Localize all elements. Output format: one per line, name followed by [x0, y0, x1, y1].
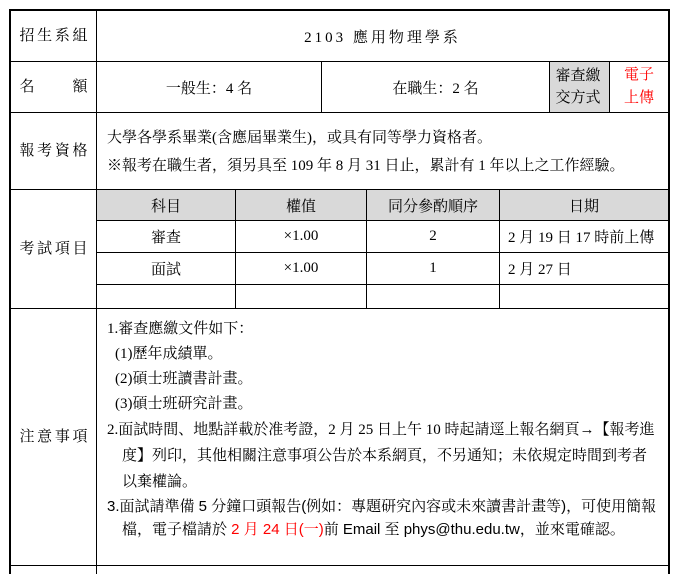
row-truncated	[11, 566, 668, 574]
note-item1-head: 1.審查應繳文件如下：	[107, 317, 660, 342]
truncated-label-cell	[11, 566, 97, 574]
exam-cell-empty	[97, 285, 236, 308]
submission-method-label: 審查繳交方式	[556, 65, 604, 109]
note-item3-suffix: 前 Email 至 phys@thu.edu.tw，並來電確認。	[324, 521, 625, 538]
eligibility-line2: ※報考在職生者，須另具至 109 年 8 月 31 日止，累計有 1 年以上之工…	[107, 152, 660, 180]
quota-general-cell: 一般生：4 名	[97, 62, 322, 112]
exam-cell-empty	[236, 285, 367, 308]
row-quota: 名額 一般生：4 名 在職生：2 名 審查繳交方式 電子上傳	[11, 62, 668, 113]
submission-method-label-cell: 審查繳交方式	[550, 62, 610, 112]
note-item1-sub1: (1)歷年成績單。	[107, 342, 660, 367]
exam-cell-tiebreak: 1	[367, 253, 500, 285]
note-item1-sub2: (2)碩士班讀書計畫。	[107, 367, 660, 392]
exam-cell-weight: ×1.00	[236, 253, 367, 285]
truncated-content-cell	[97, 566, 668, 574]
exam-cell-empty	[500, 285, 668, 308]
row-exam: 考試項目 科目 權值 同分參酌順序 日期 審查 ×1.00 2 2 月 19 日…	[11, 190, 668, 309]
submission-method-value: 電子上傳	[623, 64, 655, 110]
admission-document-page: { "palette": { "gray_bg": "#d9d9d9", "re…	[0, 0, 678, 574]
exam-header-tiebreak: 同分參酌順序	[367, 190, 500, 221]
eligibility-label: 報考資格	[20, 141, 88, 161]
exam-cell-weight: ×1.00	[236, 221, 367, 253]
eligibility-content: 大學各學系畢業(含應屆畢業生)，或具有同等學力資格者。 ※報考在職生者，須另具至…	[97, 113, 668, 189]
note-item3: 3.面試請準備 5 分鐘口頭報告(例如：專題研究內容或未來讀書計畫等)，可使用簡…	[107, 495, 660, 541]
row-eligibility: 報考資格 大學各學系畢業(含應屆畢業生)，或具有同等學力資格者。 ※報考在職生者…	[11, 113, 668, 190]
exam-cell-empty	[367, 285, 500, 308]
row-department: 招生系組 2103 應用物理學系	[11, 11, 668, 62]
department-label: 招生系組	[20, 26, 88, 46]
admission-table: 招生系組 2103 應用物理學系 名額 一般生：4 名 在職生：2 名 審查繳交…	[9, 9, 670, 574]
quota-inservice-cell: 在職生：2 名	[322, 62, 550, 112]
exam-header-date: 日期	[500, 190, 668, 221]
notes-label-cell: 注意事項	[11, 309, 97, 565]
notes-label: 注意事項	[20, 427, 88, 447]
department-label-cell: 招生系組	[11, 11, 97, 61]
row-notes: 注意事項 1.審查應繳文件如下： (1)歷年成績單。 (2)碩士班讀書計畫。 (…	[11, 309, 668, 566]
exam-cell-subject: 面試	[97, 253, 236, 285]
exam-cell-tiebreak: 2	[367, 221, 500, 253]
exam-label-cell: 考試項目	[11, 190, 97, 308]
exam-header-weight: 權值	[236, 190, 367, 221]
quota-label-cell: 名額	[11, 62, 97, 112]
exam-cell-subject: 審查	[97, 221, 236, 253]
exam-header-subject: 科目	[97, 190, 236, 221]
eligibility-line1: 大學各學系畢業(含應屆畢業生)，或具有同等學力資格者。	[107, 124, 660, 152]
notes-content: 1.審查應繳文件如下： (1)歷年成績單。 (2)碩士班讀書計畫。 (3)碩士班…	[97, 309, 668, 565]
note-item2: 2.面試時間、地點詳載於准考證，2 月 25 日上午 10 時起請逕上報名網頁→…	[107, 417, 660, 495]
quota-label: 名額	[20, 77, 88, 97]
submission-method-value-cell: 電子上傳	[610, 62, 668, 112]
note-item3-deadline: 2 月 24 日(一)	[231, 521, 324, 538]
exam-cell-date: 2 月 27 日	[500, 253, 668, 285]
eligibility-label-cell: 報考資格	[11, 113, 97, 189]
department-value: 2103 應用物理學系	[97, 11, 668, 61]
exam-cell-date: 2 月 19 日 17 時前上傳	[500, 221, 668, 253]
note-item1-sub3: (3)碩士班研究計畫。	[107, 392, 660, 417]
exam-label: 考試項目	[20, 239, 88, 259]
exam-table: 科目 權值 同分參酌順序 日期 審查 ×1.00 2 2 月 19 日 17 時…	[97, 190, 668, 308]
